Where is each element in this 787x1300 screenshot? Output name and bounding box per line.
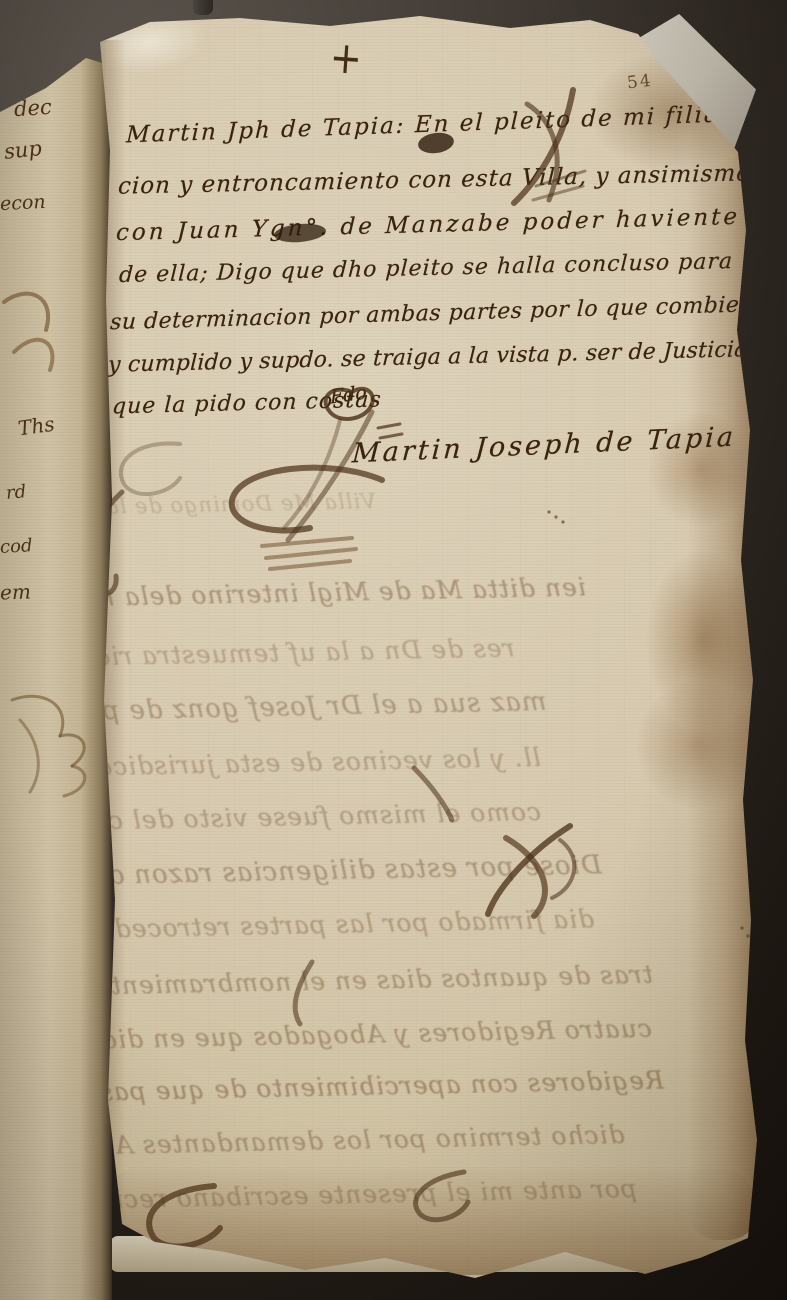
facing-page-edge: dec sup econ Ths rd cod em: [0, 0, 112, 1300]
facing-text-fragment: Ths: [17, 412, 56, 441]
folio-number: 54: [626, 71, 654, 94]
stain: [636, 680, 761, 810]
facing-text-fragment: rd: [5, 481, 27, 504]
facing-text-fragment: em: [0, 579, 31, 604]
manuscript-page: + 54 Martin Jph de Tapia: En el pleito d…: [0, 0, 787, 1300]
facing-text-fragment: cod: [0, 535, 33, 558]
invocation-cross: +: [328, 32, 363, 85]
facing-text-fragment: sup: [3, 136, 43, 164]
facing-text-fragment: dec: [13, 95, 52, 122]
facing-text-fragment: econ: [0, 191, 46, 215]
photo-of-manuscript: { "manuscript": { "folio_number": "54", …: [0, 0, 787, 1300]
book-stand-rod: [193, 0, 213, 15]
